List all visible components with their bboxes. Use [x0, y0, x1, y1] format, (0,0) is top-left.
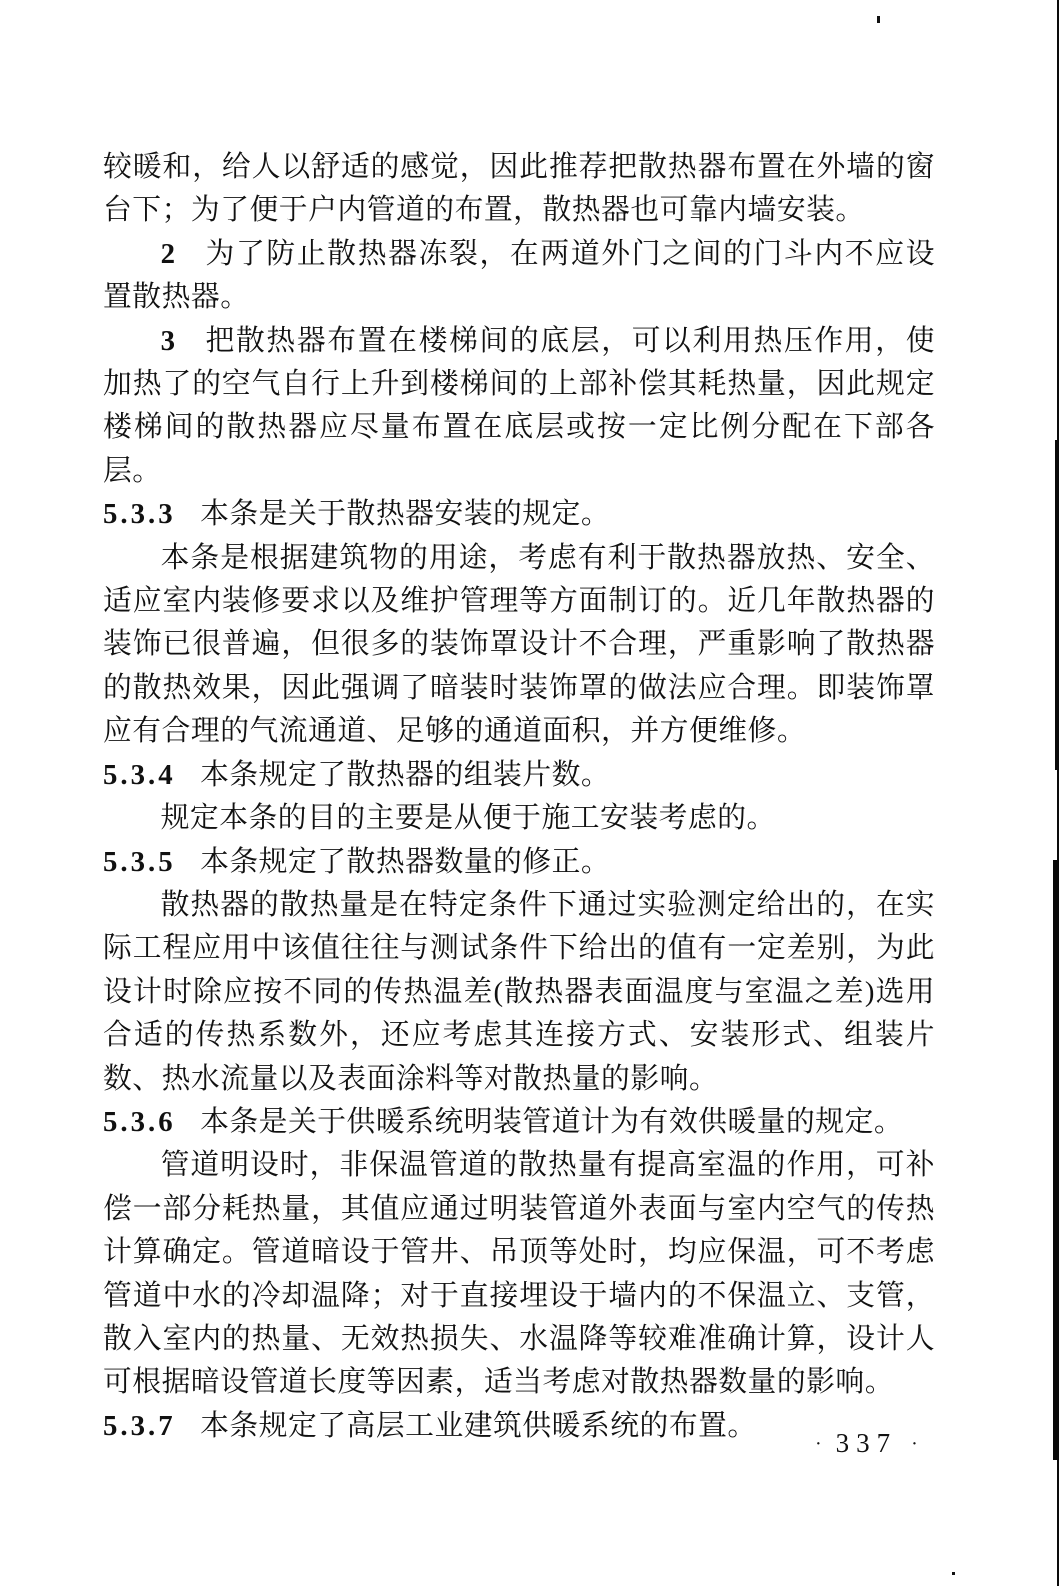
- scan-speck-artifact: [877, 16, 880, 23]
- footer-right-dot: ·: [911, 1434, 918, 1454]
- scan-edge-artifact-mid: [1055, 440, 1059, 770]
- list-item-3: 3把散热器布置在楼梯间的底层，可以利用热压作用，使加热了的空气自行上升到楼梯间的…: [103, 320, 935, 494]
- paragraph-continued-from-previous-page: 较暖和，给人以舒适的感觉，因此推荐把散热器布置在外墙的窗台下；为了便于户内管道的…: [103, 146, 935, 233]
- paragraph-text: 规定本条的目的主要是从便于施工安装考虑的。: [161, 802, 776, 834]
- section-heading-5-3-5: 5.3.5本条规定了散热器数量的修正。: [103, 841, 935, 884]
- item-number: 3: [161, 325, 177, 357]
- paragraph-text: 本条是根据建筑物的用途，考虑有利于散热器放热、安全、适应室内装修要求以及维护管理…: [103, 542, 935, 748]
- section-text: 本条规定了散热器数量的修正。: [200, 846, 610, 878]
- scan-edge-artifact-thick: [1053, 860, 1059, 1460]
- scan-speck-artifact: [952, 1572, 955, 1575]
- list-item-2: 2为了防止散热器冻裂，在两道外门之间的门斗内不应设置散热器。: [103, 233, 935, 320]
- section-text: 本条是关于散热器安装的规定。: [200, 498, 610, 530]
- section-heading-5-3-7: 5.3.7本条规定了高层工业建筑供暖系统的布置。: [103, 1405, 935, 1448]
- paragraph-text: 散热器的散热量是在特定条件下通过实验测定给出的，在实际工程应用中该值往往与测试条…: [103, 889, 935, 1095]
- paragraph-text: 管道明设时，非保温管道的散热量有提高室温的作用，可补偿一部分耗热量，其值应通过明…: [103, 1149, 935, 1398]
- paragraph-text: 为了防止散热器冻裂，在两道外门之间的门斗内不应设置散热器。: [103, 238, 935, 313]
- paragraph-text: 把散热器布置在楼梯间的底层，可以利用热压作用，使加热了的空气自行上升到楼梯间的上…: [103, 325, 935, 487]
- item-number: 2: [161, 238, 177, 270]
- section-heading-5-3-4: 5.3.4本条规定了散热器的组装片数。: [103, 754, 935, 797]
- section-heading-5-3-6: 5.3.6本条是关于供暖系统明装管道计为有效供暖量的规定。: [103, 1101, 935, 1144]
- section-text: 本条规定了高层工业建筑供暖系统的布置。: [200, 1410, 757, 1442]
- section-text: 本条是关于供暖系统明装管道计为有效供暖量的规定。: [200, 1106, 903, 1138]
- paragraph: 规定本条的目的主要是从便于施工安装考虑的。: [103, 797, 935, 840]
- paragraph: 散热器的散热量是在特定条件下通过实验测定给出的，在实际工程应用中该值往往与测试条…: [103, 884, 935, 1101]
- section-text: 本条规定了散热器的组装片数。: [200, 759, 610, 791]
- section-number: 5.3.4: [103, 759, 176, 791]
- footer-left-dot: ·: [815, 1434, 822, 1454]
- scanned-document-page: 较暖和，给人以舒适的感觉，因此推荐把散热器布置在外墙的窗台下；为了便于户内管道的…: [0, 0, 1059, 1586]
- body-text-block: 较暖和，给人以舒适的感觉，因此推荐把散热器布置在外墙的窗台下；为了便于户内管道的…: [103, 146, 935, 1448]
- section-number: 5.3.5: [103, 846, 176, 878]
- section-heading-5-3-3: 5.3.3本条是关于散热器安装的规定。: [103, 493, 935, 536]
- section-number: 5.3.3: [103, 498, 176, 530]
- section-number: 5.3.7: [103, 1410, 176, 1442]
- paragraph-text: 较暖和，给人以舒适的感觉，因此推荐把散热器布置在外墙的窗台下；为了便于户内管道的…: [103, 151, 935, 226]
- paragraph: 管道明设时，非保温管道的散热量有提高室温的作用，可补偿一部分耗热量，其值应通过明…: [103, 1144, 935, 1404]
- page-number-footer: · 337 ·: [815, 1428, 918, 1459]
- paragraph: 本条是根据建筑物的用途，考虑有利于散热器放热、安全、适应室内装修要求以及维护管理…: [103, 537, 935, 754]
- section-number: 5.3.6: [103, 1106, 176, 1138]
- page-number: 337: [836, 1428, 898, 1459]
